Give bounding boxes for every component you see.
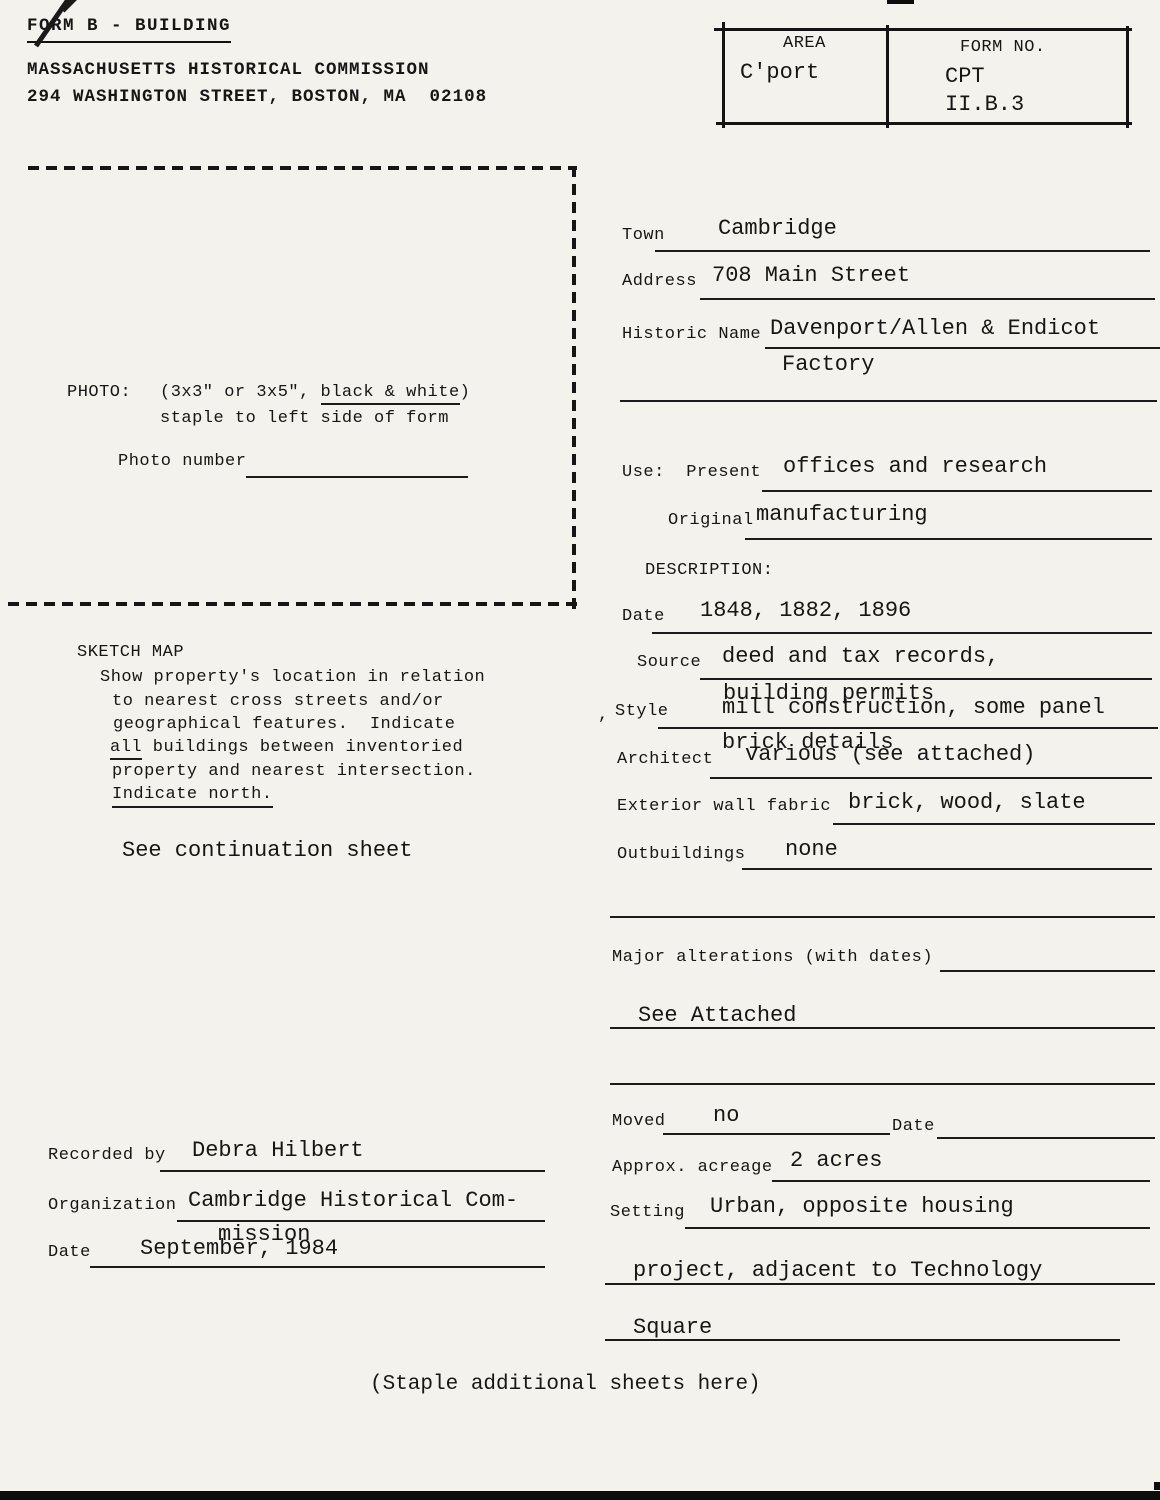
- field-underline: [610, 1027, 1155, 1029]
- field-underline: [700, 678, 1152, 680]
- outbuildings-value: none: [785, 837, 838, 863]
- photo-instructions-line2: staple to left side of form: [160, 409, 449, 429]
- staple-note: (Staple additional sheets here): [370, 1372, 761, 1397]
- moved-label: Moved: [612, 1112, 666, 1132]
- field-underline: [605, 1339, 1120, 1341]
- description-heading: DESCRIPTION:: [645, 561, 773, 581]
- pen-slash-mark: [14, 0, 114, 58]
- major-alterations-label: Major alterations (with dates): [612, 948, 933, 968]
- sketch-map-line: to nearest cross streets and/or: [112, 692, 444, 712]
- org-address: 294 WASHINGTON STREET, BOSTON, MA 02108: [27, 87, 487, 107]
- date-recorded-label: Date: [48, 1243, 91, 1263]
- address-value: 708 Main Street: [712, 263, 910, 289]
- photo-number-label: Photo number: [118, 452, 246, 472]
- style-label: Style: [615, 702, 669, 722]
- date-built-label: Date: [622, 607, 665, 627]
- photo-label: PHOTO:: [67, 383, 131, 403]
- source-label: Source: [637, 653, 701, 673]
- date-recorded-value: September, 1984: [140, 1236, 338, 1262]
- box-line: [1126, 26, 1129, 128]
- photo-number-blank: [246, 476, 468, 478]
- field-underline: [663, 1133, 890, 1135]
- outbuildings-label: Outbuildings: [617, 845, 745, 865]
- address-label: Address: [622, 272, 697, 292]
- field-underline: [700, 298, 1155, 300]
- photo-note-underlined: black & white: [321, 383, 460, 405]
- sketch-map-line: geographical features. Indicate: [113, 715, 455, 735]
- town-value: Cambridge: [718, 216, 837, 242]
- organization-value: Cambridge Historical Com-: [188, 1188, 518, 1214]
- exterior-wall-fabric-value: brick, wood, slate: [848, 790, 1086, 816]
- major-alterations-value: See Attached: [638, 1003, 796, 1029]
- use-present-label: Use: Present: [622, 463, 761, 483]
- blank-underline: [620, 400, 1157, 402]
- recorded-by-value: Debra Hilbert: [192, 1138, 364, 1164]
- use-present-value: offices and research: [783, 454, 1047, 480]
- moved-date-label: Date: [892, 1117, 935, 1137]
- acreage-value: 2 acres: [790, 1148, 882, 1174]
- scan-edge-bar: [0, 1491, 1160, 1500]
- historic-name-value: Davenport/Allen & Endicot: [770, 316, 1100, 342]
- field-underline: [765, 347, 1160, 349]
- form-no-value: II.B.3: [945, 92, 1024, 118]
- area-label: AREA: [783, 34, 826, 54]
- photo-note-pre: (3x3" or 3x5",: [160, 383, 321, 402]
- sketch-map-line: property and nearest intersection.: [112, 762, 476, 782]
- field-underline: [772, 1180, 1150, 1182]
- style-value: mill construction, some panel: [722, 695, 1105, 721]
- form-b-building-scan: FORM B - BUILDING MASSACHUSETTS HISTORIC…: [0, 0, 1160, 1500]
- org-name: MASSACHUSETTS HISTORICAL COMMISSION: [27, 60, 430, 80]
- form-no-value: CPT: [945, 64, 985, 90]
- field-underline: [685, 1227, 1150, 1229]
- sketch-map-line: Show property's location in relation: [100, 668, 485, 688]
- blank-underline: [610, 1083, 1155, 1085]
- field-underline: [742, 868, 1152, 870]
- photo-note-post: ): [460, 383, 471, 402]
- field-underline: [833, 823, 1155, 825]
- underlined-word: all: [110, 738, 142, 760]
- historic-name-label: Historic Name: [622, 325, 761, 345]
- dashed-border: [28, 166, 577, 170]
- recorded-by-label: Recorded by: [48, 1146, 166, 1166]
- architect-label: Architect: [617, 750, 713, 770]
- exterior-wall-fabric-label: Exterior wall fabric: [617, 797, 831, 817]
- historic-name-value-line2: Factory: [782, 352, 874, 378]
- stray-comma-mark: ,: [598, 706, 609, 726]
- scan-artifact: [887, 0, 914, 4]
- form-no-label: FORM NO.: [960, 38, 1046, 58]
- moved-date-blank: [937, 1137, 1155, 1139]
- dashed-border: [572, 166, 576, 612]
- field-underline: [762, 490, 1152, 492]
- setting-value-line2: project, adjacent to Technology: [633, 1258, 1042, 1284]
- box-line: [886, 25, 889, 128]
- organization-label: Organization: [48, 1196, 176, 1216]
- sketch-map-title: SKETCH MAP: [77, 643, 184, 663]
- field-underline: [605, 1283, 1155, 1285]
- field-underline: [652, 632, 1152, 634]
- source-value: deed and tax records,: [722, 644, 999, 670]
- setting-label: Setting: [610, 1203, 685, 1223]
- acreage-label: Approx. acreage: [612, 1158, 773, 1178]
- box-line: [714, 28, 1132, 31]
- area-value: C'port: [740, 60, 819, 86]
- field-underline: [658, 727, 1158, 729]
- field-underline: [160, 1170, 545, 1172]
- date-built-value: 1848, 1882, 1896: [700, 598, 911, 624]
- dashed-border: [8, 602, 578, 606]
- setting-value-line3: Square: [633, 1315, 712, 1341]
- moved-value: no: [713, 1103, 739, 1129]
- box-line: [716, 122, 1132, 125]
- field-underline: [940, 970, 1155, 972]
- field-underline: [655, 250, 1150, 252]
- blank-underline: [610, 916, 1155, 918]
- use-original-value: manufacturing: [756, 502, 928, 528]
- architect-value: various (see attached): [745, 742, 1035, 768]
- setting-value: Urban, opposite housing: [710, 1194, 1014, 1220]
- sketch-map-note: See continuation sheet: [122, 838, 412, 864]
- line-rest: buildings between inventoried: [142, 738, 463, 757]
- scan-artifact: [1154, 1482, 1160, 1490]
- town-label: Town: [622, 226, 665, 246]
- field-underline: [745, 538, 1152, 540]
- sketch-map-line: Indicate north.: [112, 785, 273, 808]
- field-underline: [710, 777, 1152, 779]
- use-original-label: Original: [668, 511, 754, 531]
- photo-instructions: (3x3" or 3x5", black & white): [160, 383, 470, 403]
- field-underline: [90, 1266, 545, 1268]
- box-line: [722, 22, 725, 128]
- sketch-map-line: all buildings between inventoried: [110, 738, 463, 758]
